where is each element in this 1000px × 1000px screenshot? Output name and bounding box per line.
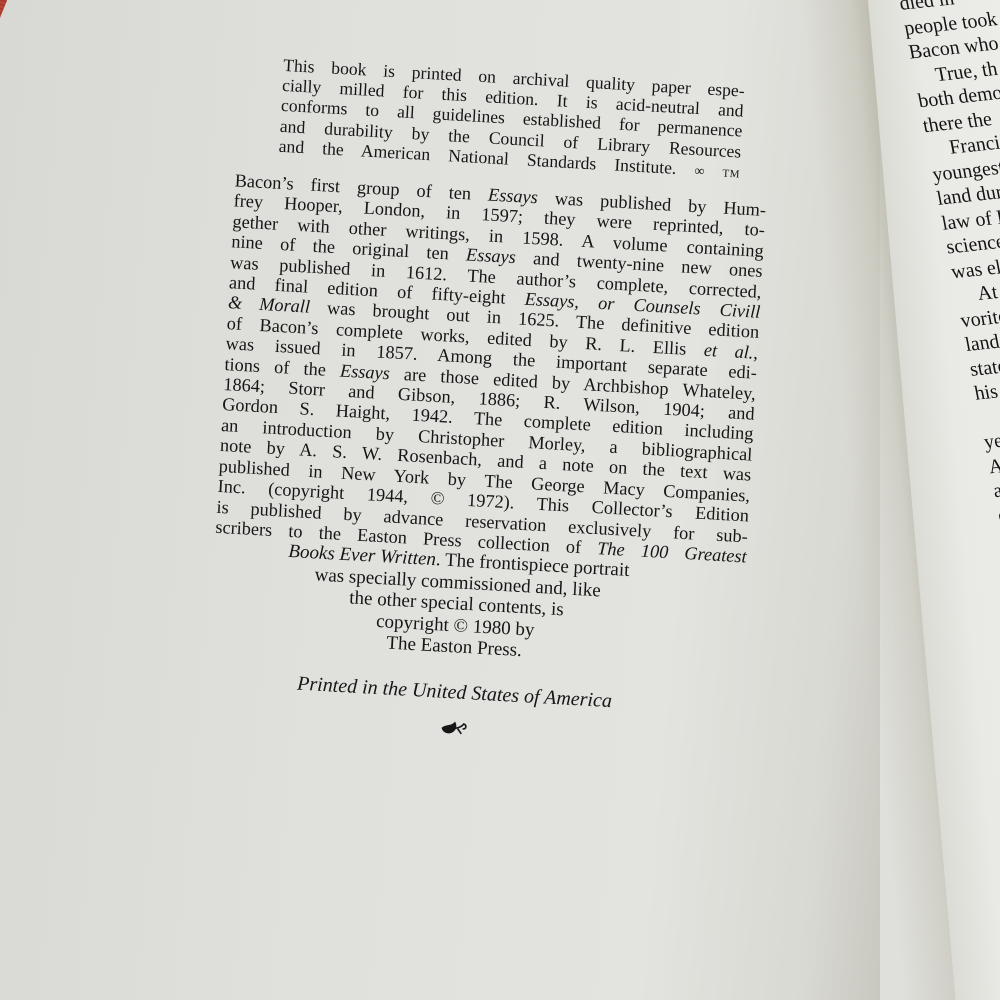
italic-title-fragment: Essays (340, 360, 391, 383)
italic-title-fragment: Essays (466, 245, 517, 268)
copyright-text-block: This book is printed on archival quality… (194, 52, 771, 757)
publication-history: Bacon’s first group of ten Essays was pu… (215, 170, 767, 566)
italic-title-fragment: Essays (488, 185, 539, 208)
italic-title-fragment: et al. (703, 340, 754, 363)
book-spread-photo: This book is printed on archival quality… (0, 0, 1000, 1000)
trademark-symbol: TM (722, 167, 740, 180)
infinity-icon: ∞ (694, 164, 705, 180)
